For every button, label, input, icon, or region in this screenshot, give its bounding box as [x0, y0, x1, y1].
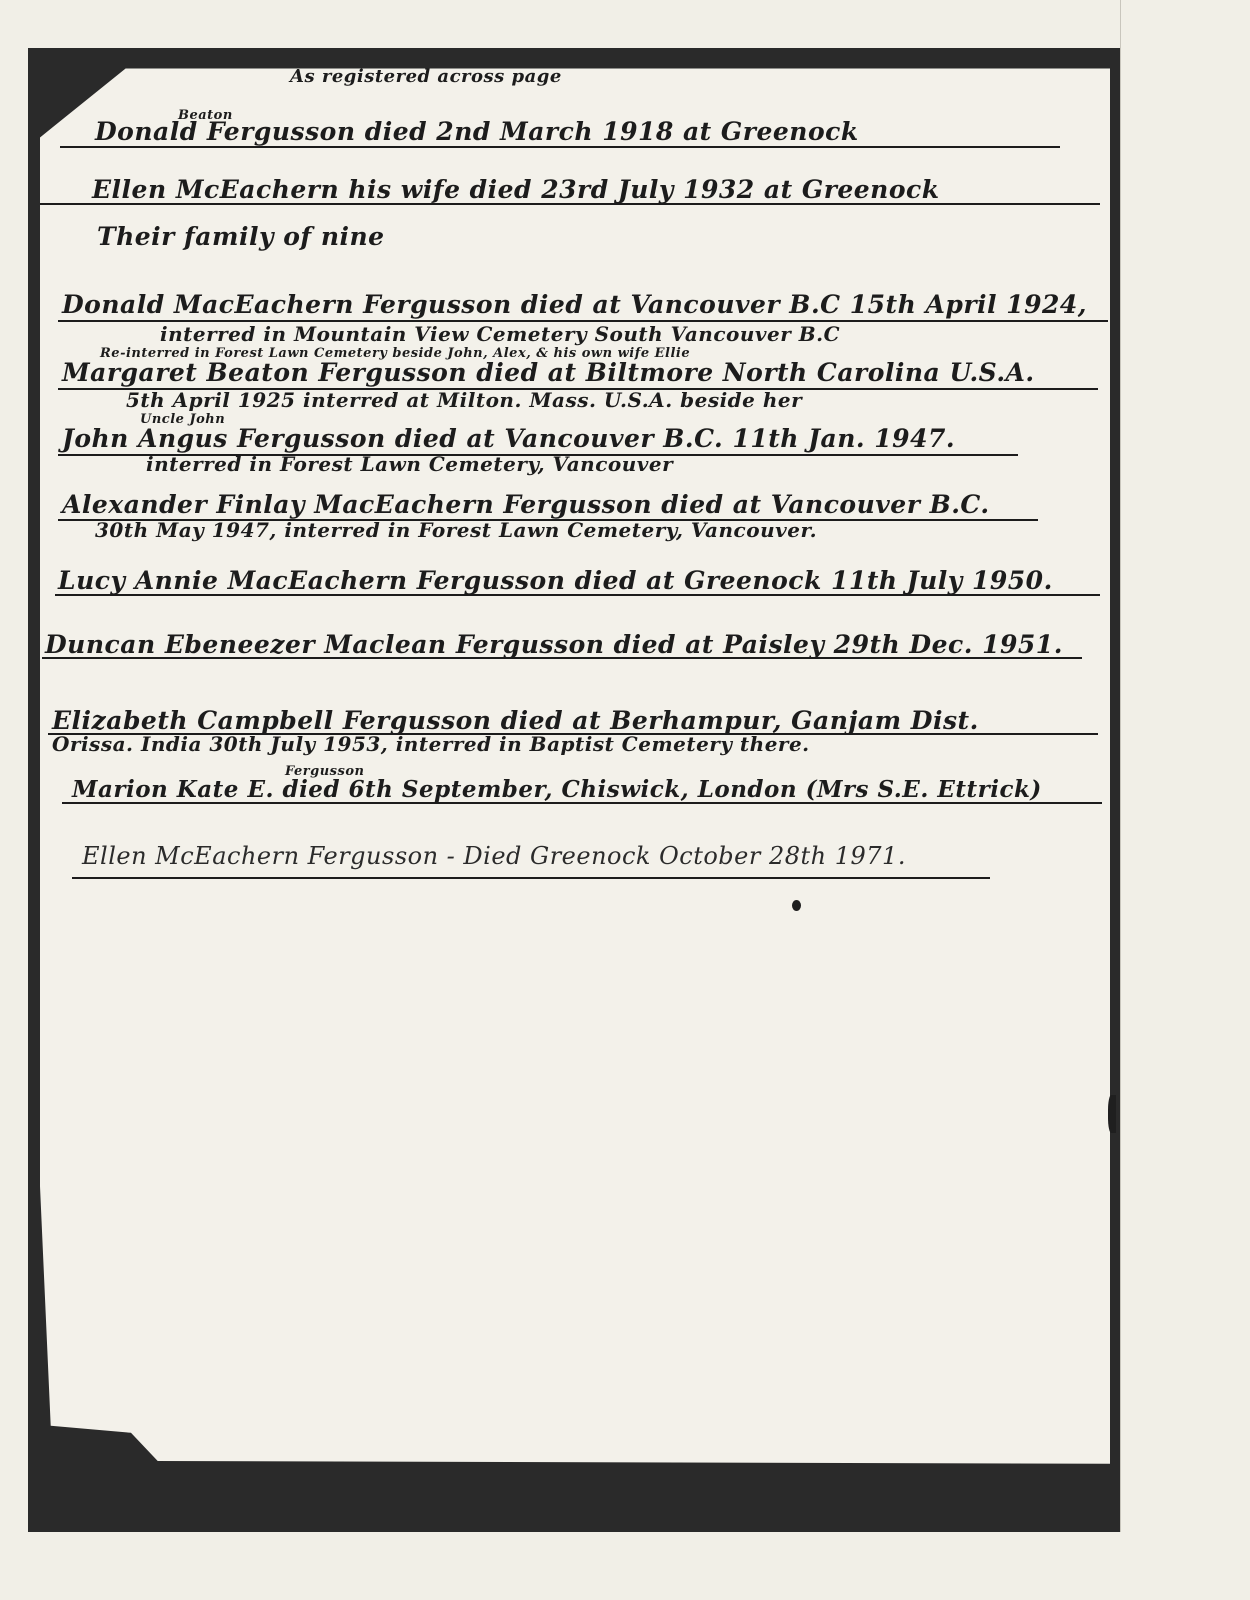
child-entry-elizabeth-interment: Orissa. India 30th July 1953, interred i… — [52, 732, 810, 756]
family-heading: Their family of nine — [97, 222, 385, 251]
photocopy-left-edge — [28, 48, 40, 1532]
child-entry-alexander-interment: 30th May 1947, interred in Forest Lawn C… — [95, 518, 817, 542]
child-entry-margaret-interment: 5th April 1925 interred at Milton. Mass.… — [126, 388, 802, 412]
scan-margin-bottom — [0, 1532, 1225, 1600]
later-addition-ellen: Ellen McEachern Fergusson - Died Greenoc… — [82, 842, 906, 870]
ink-blot — [792, 900, 801, 911]
photocopy-bottom-edge — [28, 1520, 1120, 1532]
child-entry-alexander: Alexander Finlay MacEachern Fergusson di… — [62, 490, 990, 519]
underline — [42, 657, 1082, 659]
child-entry-john: John Angus Fergusson died at Vancouver B… — [62, 424, 955, 453]
parent-mother-entry: Ellen McEachern his wife died 23rd July … — [92, 175, 940, 204]
child-entry-elizabeth: Elizabeth Campbell Fergusson died at Ber… — [52, 706, 979, 735]
child-entry-john-interment: interred in Forest Lawn Cemetery, Vancou… — [146, 452, 673, 476]
child-entry-duncan: Duncan Ebeneezer Maclean Fergusson died … — [45, 630, 1063, 659]
child-entry-lucy: Lucy Annie MacEachern Fergusson died at … — [58, 566, 1053, 595]
photocopy-top-edge — [28, 48, 1120, 60]
scan-margin-left — [0, 0, 28, 1600]
underline — [60, 146, 1060, 148]
underline — [72, 877, 990, 879]
underline — [55, 594, 1100, 596]
scan-margin-right — [1120, 0, 1225, 1600]
ink-blot — [1108, 1095, 1116, 1133]
photocopied-page — [40, 60, 1110, 1468]
child-entry-donald: Donald MacEachern Fergusson died at Vanc… — [62, 290, 1087, 319]
header-note: As registered across page — [290, 66, 562, 87]
child-entry-donald-interment: interred in Mountain View Cemetery South… — [160, 322, 840, 346]
underline — [62, 802, 1102, 804]
underline — [40, 203, 1100, 205]
scan-margin-top — [28, 0, 1225, 48]
child-entry-margaret: Margaret Beaton Fergusson died at Biltmo… — [62, 358, 1035, 387]
child-entry-marion: Marion Kate E. died 6th September, Chisw… — [72, 776, 1042, 803]
parent-father-entry: Donald Fergusson died 2nd March 1918 at … — [95, 117, 859, 146]
